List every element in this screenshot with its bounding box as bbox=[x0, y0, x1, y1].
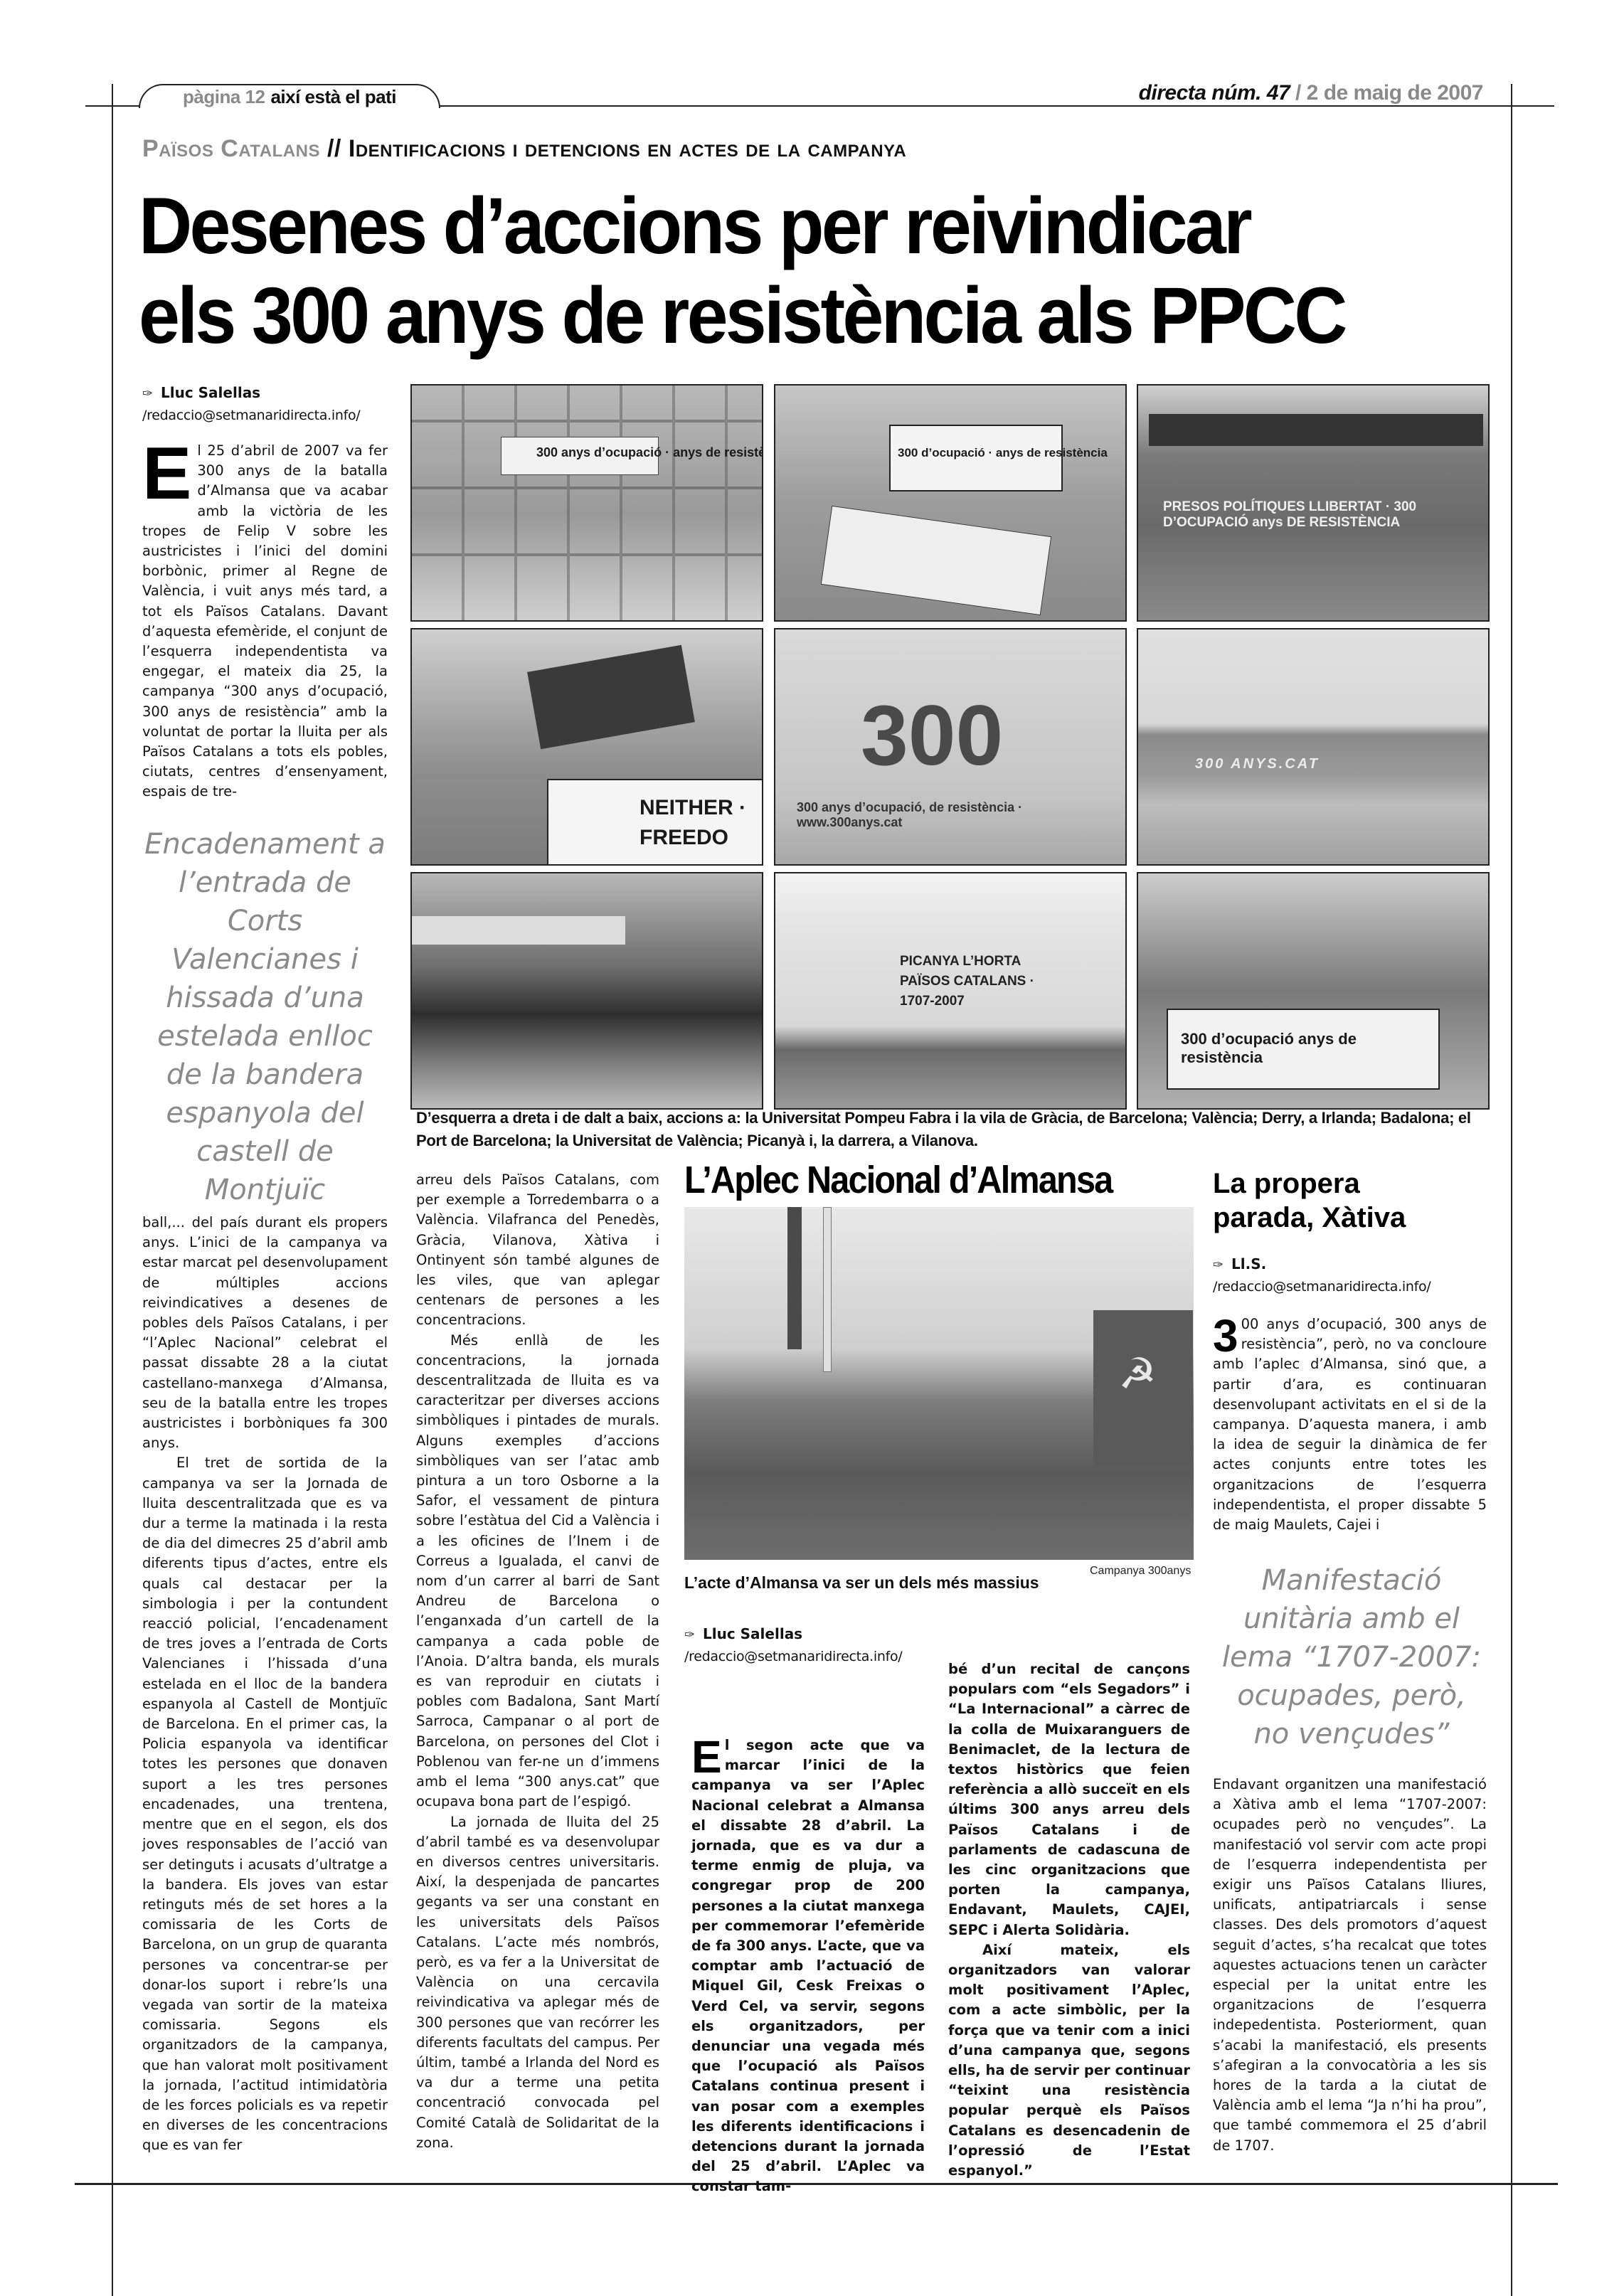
dropcap: E bbox=[142, 445, 191, 502]
photo-vilanova: 300 d’ocupació anys de resistència bbox=[1137, 872, 1490, 1110]
publication-issue: directa núm. 47 bbox=[1139, 81, 1290, 105]
main-article-col1-bottom: ball,... del país durant els propers any… bbox=[142, 1213, 388, 2156]
page-number: pàgina 12 bbox=[183, 86, 265, 108]
xativa-headline-line-1: La propera bbox=[1213, 1166, 1406, 1201]
photo-derry: NEITHER · FREEDO bbox=[410, 628, 763, 866]
issue-info: directa núm. 47 / 2 de maig de 2007 bbox=[1139, 81, 1483, 105]
byline-email[interactable]: /redaccio@setmanaridirecta.info/ bbox=[684, 1646, 926, 1667]
pen-nib-icon: ✑ bbox=[684, 1625, 703, 1646]
pullquote-manifestacio: Manifestació unitària amb el lema “1707-… bbox=[1216, 1561, 1487, 1753]
paragraph: Més enllà de les concentracions, la jorn… bbox=[416, 1331, 659, 1812]
photo-picanya: PICANYA L’HORTA PAÏSOS CATALANS · 1707-2… bbox=[774, 872, 1127, 1110]
aplec-byline: ✑Lluc Salellas /redaccio@setmanaridirect… bbox=[684, 1623, 926, 1667]
paragraph: ball,... del país durant els propers any… bbox=[142, 1213, 388, 1453]
main-byline: ✑Lluc Salellas /redaccio@setmanaridirect… bbox=[142, 382, 391, 426]
main-article-col1-top: El 25 d’abril de 2007 va fer 300 anys de… bbox=[142, 441, 388, 802]
kicker: Països Catalans//Identificacions i deten… bbox=[142, 135, 906, 163]
photo-banner-text: 300 ANYS.CAT bbox=[1195, 756, 1320, 772]
frame-left-line bbox=[112, 84, 113, 2296]
byline-email[interactable]: /redaccio@setmanaridirecta.info/ bbox=[1213, 1276, 1483, 1297]
photo-grid-caption: D’esquerra a dreta i de dalt a baix, acc… bbox=[416, 1107, 1483, 1152]
issue-date: / 2 de maig de 2007 bbox=[1295, 81, 1483, 105]
photo-banner-text: 300 anys d’ocupació · anys de resistènci… bbox=[536, 445, 763, 460]
kicker-region: Països Catalans bbox=[142, 135, 320, 162]
hammer-sickle-icon: ☭ bbox=[1118, 1349, 1157, 1399]
byline-email[interactable]: /redaccio@setmanaridirecta.info/ bbox=[142, 405, 391, 426]
photo-upf: 300 anys d’ocupació · anys de resistènci… bbox=[410, 384, 763, 622]
photo-banner-text: 300 d’ocupació · anys de resistència bbox=[898, 446, 1108, 460]
paragraph: arreu dels Països Catalans, com per exem… bbox=[416, 1170, 659, 1331]
xativa-intro: 00 anys d’ocupació, 300 anys de resistèn… bbox=[1213, 1316, 1487, 1533]
xativa-article-bottom: Endavant organitzen una manifestació a X… bbox=[1213, 1775, 1487, 2156]
photo-banner-text: 300 anys d’ocupació, de resistència · ww… bbox=[797, 800, 1103, 830]
page-headline: Desenes d’accions per reivindicar els 30… bbox=[139, 181, 1504, 361]
dropcap: E bbox=[691, 1738, 722, 1775]
photo-credit: Campanya 300anys bbox=[1090, 1565, 1191, 1578]
paragraph: El tret de sortida de la campanya va ser… bbox=[142, 1453, 388, 2155]
kicker-topic: Identificacions i detencions en actes de… bbox=[349, 135, 906, 162]
headline-line-1: Desenes d’accions per reivindicar bbox=[139, 181, 1409, 271]
photo-gracia: 300 d’ocupació · anys de resistència bbox=[774, 384, 1127, 622]
byline-author: Lluc Salellas bbox=[703, 1625, 802, 1642]
headline-line-2: els 300 anys de resistència als PPCC bbox=[139, 271, 1409, 361]
photo-banner-text: PRESOS POLÍTIQUES LLIBERTAT · 300 D’OCUP… bbox=[1163, 499, 1469, 531]
xativa-headline: La propera parada, Xàtiva bbox=[1213, 1166, 1406, 1235]
kicker-separator: // bbox=[327, 135, 341, 162]
section-name: així està el pati bbox=[270, 86, 396, 108]
paragraph: bé d’un recital de cançons populars com … bbox=[948, 1659, 1190, 1940]
pen-nib-icon: ✑ bbox=[1213, 1255, 1231, 1276]
photo-banner-text: PICANYA L’HORTA PAÏSOS CATALANS · 1707-2… bbox=[900, 952, 1063, 1011]
byline-author: Lluc Salellas bbox=[161, 384, 260, 401]
paragraph: Endavant organitzen una manifestació a X… bbox=[1213, 1775, 1487, 2156]
main-article-col2: arreu dels Països Catalans, com per exem… bbox=[416, 1170, 659, 2153]
photo-banner-text: 300 d’ocupació anys de resistència bbox=[1181, 1030, 1423, 1067]
paragraph: La jornada de lluita del 25 d’abril tamb… bbox=[416, 1812, 659, 2153]
aplec-headline: L’Aplec Nacional d’Almansa bbox=[684, 1158, 1112, 1202]
aplec-article-col-a: El segon acte que va marcar l’inici de l… bbox=[691, 1736, 925, 2197]
page-section-tab: pàgina 12 així està el pati bbox=[139, 84, 440, 108]
aplec-intro: l segon acte que va marcar l’inici de la… bbox=[691, 1737, 925, 2194]
xativa-byline: ✑Ll.S. /redaccio@setmanaridirecta.info/ bbox=[1213, 1253, 1483, 1297]
photo-badalona: 300 300 anys d’ocupació, de resistència … bbox=[774, 628, 1127, 866]
aplec-article-col-b: bé d’un recital de cançons populars com … bbox=[948, 1659, 1190, 2181]
photo-universitat-valencia bbox=[410, 872, 763, 1110]
pen-nib-icon: ✑ bbox=[142, 383, 161, 405]
byline-author: Ll.S. bbox=[1231, 1255, 1266, 1272]
pullquote-montjuic: Encadenament a l’entrada de Corts Valenc… bbox=[139, 825, 391, 1209]
aplec-photo-caption: L’acte d’Almansa va ser un dels més mass… bbox=[684, 1573, 1039, 1593]
dropcap: 3 bbox=[1213, 1317, 1238, 1354]
photo-almansa: ☭ bbox=[684, 1207, 1194, 1560]
photo-valencia: PRESOS POLÍTIQUES LLIBERTAT · 300 D’OCUP… bbox=[1137, 384, 1490, 622]
xativa-article-top: 300 anys d’ocupació, 300 anys de resistè… bbox=[1213, 1314, 1487, 1535]
frame-right-line bbox=[1511, 84, 1512, 2296]
photo-port-barcelona: 300 ANYS.CAT bbox=[1137, 628, 1490, 866]
photo-banner-text: NEITHER · FREEDO bbox=[639, 793, 760, 853]
paragraph: Així mateix, els organitzadors van valor… bbox=[948, 1940, 1190, 2181]
xativa-headline-line-2: parada, Xàtiva bbox=[1213, 1201, 1406, 1235]
